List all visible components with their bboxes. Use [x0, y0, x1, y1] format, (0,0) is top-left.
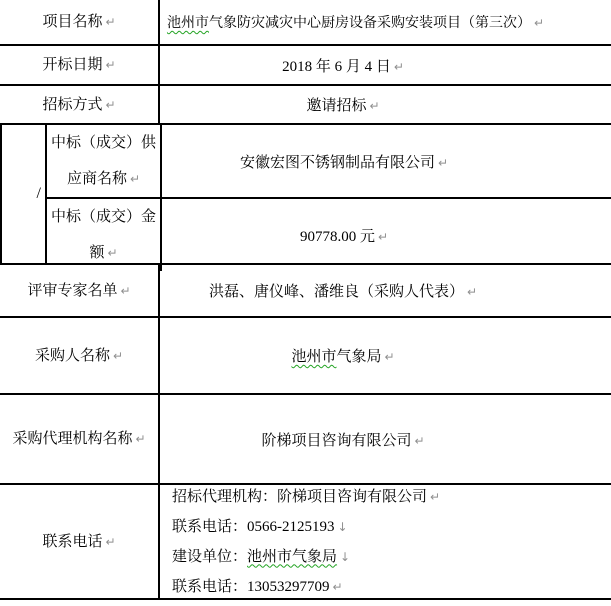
winning-supplier-label: 中标（成交）供应商名称↵ [47, 125, 162, 197]
paragraph-mark-icon: ↵ [130, 172, 140, 186]
bid-open-date-value: 2018 年 6 月 4 日↵ [160, 46, 611, 84]
value-text: 90778.00 元 [300, 229, 375, 245]
paragraph-mark-icon: ↵ [105, 98, 115, 112]
winning-supplier-value: 安徽宏图不锈钢制品有限公司↵ [162, 125, 611, 197]
bid-method-label: 招标方式↵ [0, 86, 160, 123]
value-text: 2018 年 6 月 4 日 [282, 59, 391, 75]
contact-phone-value: 招标代理机构：阶梯项目咨询有限公司↵ 联系电话：0566-2125193↓ 建设… [160, 485, 611, 598]
row-bid-method: 招标方式↵ 邀请招标↵ [0, 86, 611, 125]
line-break-mark-icon: ↓ [340, 550, 350, 564]
bid-method-value: 邀请招标↵ [160, 86, 611, 123]
paragraph-mark-icon: ↵ [105, 58, 115, 72]
paragraph-mark-icon: ↵ [105, 535, 115, 549]
row-winning-supplier: 中标（成交）供应商名称↵ 安徽宏图不锈钢制品有限公司↵ [47, 125, 611, 199]
winner-merged-block: / 中标（成交）供应商名称↵ 安徽宏图不锈钢制品有限公司↵ 中标（成交）金额↵ … [0, 125, 611, 265]
project-name-value: 池州市气象防灾减灾中心厨房设备采购安装项目（第三次）↵ [160, 0, 611, 44]
paragraph-mark-icon: ↵ [438, 156, 448, 170]
contact-line-agency-phone: 联系电话：0566-2125193↓ [172, 512, 348, 542]
paragraph-mark-icon: ↵ [534, 16, 544, 30]
label-text: 开标日期 [42, 57, 102, 73]
value-text: 气象防灾减灾中心厨房设备采购安装项目（第三次） [209, 16, 531, 31]
row-purchaser-name: 采购人名称↵ 池州市气象局↵ [0, 318, 611, 395]
paragraph-mark-icon: ↵ [369, 99, 379, 113]
row-procurement-agency: 采购代理机构名称↵ 阶梯项目咨询有限公司↵ [0, 395, 611, 485]
review-experts-label: 评审专家名单↵ [0, 265, 160, 316]
line-break-mark-icon: ↓ [338, 520, 348, 534]
label-text: 评审专家名单 [27, 283, 117, 299]
value-text: 安徽宏图不锈钢制品有限公司 [240, 155, 435, 171]
procurement-agency-label: 采购代理机构名称↵ [0, 395, 160, 483]
spellcheck-flagged-text: 池州市气象局 [247, 549, 337, 565]
procurement-result-table: 项目名称↵ 池州市气象防灾减灾中心厨房设备采购安装项目（第三次）↵ 开标日期↵ … [0, 0, 611, 606]
paragraph-mark-icon: ↵ [467, 285, 477, 299]
label-text: 招标方式 [42, 97, 102, 113]
slash-text: / [37, 185, 41, 203]
purchaser-name-value: 池州市气象局↵ [160, 318, 611, 393]
paragraph-mark-icon: ↵ [378, 230, 388, 244]
value-text: 建设单位： [172, 549, 247, 565]
spellcheck-flagged-text: 池州市 [291, 349, 336, 365]
label-text: 采购代理机构名称 [12, 431, 132, 447]
value-text: 联系电话：0566-2125193 [172, 519, 335, 535]
winner-sub-rows: 中标（成交）供应商名称↵ 安徽宏图不锈钢制品有限公司↵ 中标（成交）金额↵ 90… [47, 125, 611, 263]
paragraph-mark-icon: ↵ [120, 284, 130, 298]
label-text: 中标（成交）金额 [51, 209, 156, 261]
label-text: 采购人名称 [35, 348, 110, 364]
row-review-experts: 评审专家名单↵ 洪磊、唐仪峰、潘维良（采购人代表）↵ [0, 265, 611, 318]
paragraph-mark-icon: ↵ [107, 246, 117, 260]
merged-slash-cell: / [2, 125, 47, 263]
project-name-label: 项目名称↵ [0, 0, 160, 44]
paragraph-mark-icon: ↵ [414, 434, 424, 448]
paragraph-mark-icon: ↵ [333, 580, 343, 594]
row-contact-phone: 联系电话↵ 招标代理机构：阶梯项目咨询有限公司↵ 联系电话：0566-21251… [0, 485, 611, 600]
label-text: 项目名称 [42, 14, 102, 30]
winning-amount-label: 中标（成交）金额↵ [47, 199, 162, 271]
value-text: 气象局 [336, 349, 381, 365]
paragraph-mark-icon: ↵ [105, 15, 115, 29]
paragraph-mark-icon: ↵ [384, 350, 394, 364]
paragraph-mark-icon: ↵ [135, 432, 145, 446]
review-experts-value: 洪磊、唐仪峰、潘维良（采购人代表）↵ [160, 265, 611, 316]
row-bid-open-date: 开标日期↵ 2018 年 6 月 4 日↵ [0, 46, 611, 86]
value-text: 洪磊、唐仪峰、潘维良（采购人代表） [209, 284, 464, 300]
value-text: 联系电话：13053297709 [172, 579, 330, 595]
value-text: 阶梯项目咨询有限公司 [261, 433, 411, 449]
value-text: 邀请招标 [306, 98, 366, 114]
value-text: 招标代理机构：阶梯项目咨询有限公司 [172, 489, 427, 505]
row-winning-amount: 中标（成交）金额↵ 90778.00 元↵ [47, 199, 611, 271]
paragraph-mark-icon: ↵ [113, 349, 123, 363]
purchaser-name-label: 采购人名称↵ [0, 318, 160, 393]
winning-amount-value: 90778.00 元↵ [162, 199, 611, 271]
paragraph-mark-icon: ↵ [430, 490, 440, 504]
row-project-name: 项目名称↵ 池州市气象防灾减灾中心厨房设备采购安装项目（第三次）↵ [0, 0, 611, 46]
contact-phone-label: 联系电话↵ [0, 485, 160, 598]
label-text: 联系电话 [42, 534, 102, 550]
label-text: 中标（成交）供应商名称 [51, 135, 156, 187]
spellcheck-flagged-text: 池州市 [167, 16, 209, 31]
contact-line-agency: 招标代理机构：阶梯项目咨询有限公司↵ [172, 482, 440, 512]
contact-line-owner-phone: 联系电话：13053297709↵ [172, 572, 343, 602]
bid-open-date-label: 开标日期↵ [0, 46, 160, 84]
contact-line-owner-unit: 建设单位：池州市气象局↓ [172, 542, 350, 572]
paragraph-mark-icon: ↵ [394, 60, 404, 74]
procurement-agency-value: 阶梯项目咨询有限公司↵ [160, 395, 611, 483]
